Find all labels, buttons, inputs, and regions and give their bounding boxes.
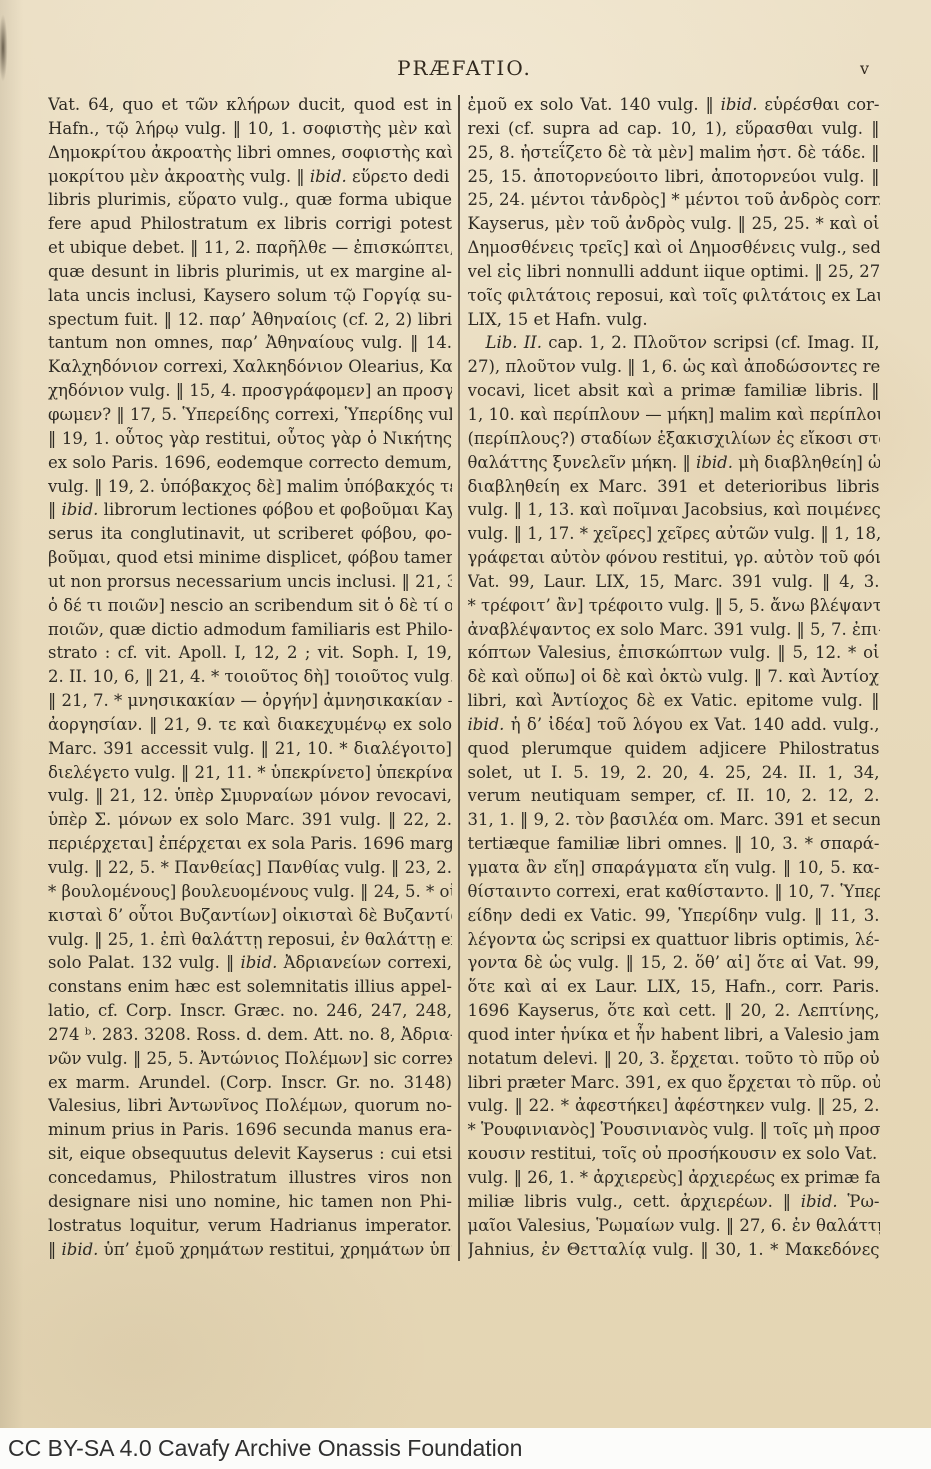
two-column-text: Vat. 64, quo et τῶν κλήρων ducit, quod e…: [48, 93, 881, 1261]
page-header: PRÆFATIO. v: [48, 56, 881, 82]
text-line: (περίπλους?) σταδίων ἑξακισχιλίων ἐς εἴκ…: [468, 427, 880, 451]
text-line: θίσταιντο correxi, erat καθίσταντο. ‖ 10…: [468, 880, 880, 904]
license-text: CC BY-SA 4.0 Cavafy Archive Onassis Foun…: [0, 1428, 931, 1469]
text-line: vulg. ‖ 22, 5. * Πανθείας] Πανθίας vulg.…: [48, 856, 452, 880]
text-line: γοντα δὲ ὡς vulg. ‖ 15, 2. ὅθ’ αἱ] ὅτε α…: [468, 951, 880, 975]
text-line: vel εἰς libri nonnulli addunt iique opti…: [468, 260, 880, 284]
text-line: θαλάττης ξυνελεῖν μήκη. ‖ ibid. μὴ διαβλ…: [468, 451, 880, 475]
text-line: Hafn., τῷ λήρῳ vulg. ‖ 10, 1. σοφιστὴς μ…: [48, 117, 452, 141]
text-line: τοῖς φιλτάτοις reposui, καὶ τοῖς φιλτάτο…: [468, 284, 880, 308]
text-line: βοῦμαι, quod etsi minime displicet, φόβο…: [48, 546, 452, 570]
text-line: 274 ᵇ. 283. 3208. Ross. d. dem. Att. no.…: [48, 1023, 452, 1047]
text-line: ἀοργησίαν. ‖ 21, 9. τε καὶ διακεχυμένῳ e…: [48, 713, 452, 737]
text-line: LIX, 15 et Hafn. vulg.: [468, 308, 880, 332]
text-line: λέγοντα ὡς scripsi ex quattuor libris op…: [468, 928, 880, 952]
text-line: tantum non omnes, παρ’ Ἀθηναίους vulg. ‖…: [48, 331, 452, 355]
page-number: v: [860, 59, 869, 78]
text-line: ἐμοῦ ex solo Vat. 140 vulg. ‖ ibid. εὑρέ…: [468, 93, 880, 117]
text-line: Jahnius, ἐν Θετταλίᾳ vulg. ‖ 30, 1. * Μα…: [468, 1238, 880, 1262]
text-line: vulg. ‖ 19, 2. ὑπόβακχος δὲ] malim ὑπόβα…: [48, 475, 452, 499]
text-line: ex solo Paris. 1696, eodemque correcto d…: [48, 451, 452, 475]
text-line: et ubique debet. ‖ 11, 2. παρῆλθε — ἐπισ…: [48, 236, 452, 260]
text-line: vocavi, licet absit καὶ a primæ familiæ …: [468, 379, 880, 403]
text-line: μοκρίτου μὲν ἀκροατὴς vulg. ‖ ibid. εὕρε…: [48, 165, 452, 189]
book-page-scan: PRÆFATIO. v Vat. 64, quo et τῶν κλήρων d…: [0, 0, 931, 1428]
text-line: μαῖοι Valesius, Ῥωμαίων vulg. ‖ 27, 6. ἐ…: [468, 1214, 880, 1238]
text-line: vulg. ‖ 21, 12. ὑπὲρ Σμυρναίων μόνον rev…: [48, 784, 452, 808]
text-line: ‖ 19, 1. οὗτος γὰρ restitui, οὗτος γὰρ ὁ…: [48, 427, 452, 451]
text-line: sit, eique obsequutus delevit Kayserus :…: [48, 1142, 452, 1166]
text-line: strato : cf. vit. Apoll. I, 12, 2 ; vit.…: [48, 641, 452, 665]
text-line: Δημοκρίτου ἀκροατὴς libri omnes, σοφιστὴ…: [48, 141, 452, 165]
text-line: vulg. ‖ 1, 13. καὶ ποῖμναι Jacobsius, κα…: [468, 498, 880, 522]
text-line: * βουλομένους] βουλευομένους vulg. ‖ 24,…: [48, 880, 452, 904]
text-line: libri præter Marc. 391, ex quo ἔρχεται τ…: [468, 1071, 880, 1095]
text-line: verum neutiquam semper, cf. II. 10, 2. 1…: [468, 784, 880, 808]
text-line: ‖ ibid. ὑπ’ ἐμοῦ χρημάτων restitui, χρημ…: [48, 1238, 452, 1262]
text-line: latio, cf. Corp. Inscr. Græc. no. 246, 2…: [48, 999, 452, 1023]
text-line: constans enim hæc est solemnitatis illiu…: [48, 975, 452, 999]
text-line: ‖ 21, 7. * μνησικακίαν — ὀργήν] ἀμνησικα…: [48, 689, 452, 713]
text-line: 25, 24. μέντοι τἀνδρὸς] * μέντοι τοῦ ἀνδ…: [468, 188, 880, 212]
text-line: κουσιν restitui, τοῖς οὐ προσήκουσιν ex …: [468, 1142, 880, 1166]
text-line: quod inter ἡνίκα et ἦν habent libri, a V…: [468, 1023, 880, 1047]
text-line: Marc. 391 accessit vulg. ‖ 21, 10. * δια…: [48, 737, 452, 761]
text-line: concedamus, Philostratum illustres viros…: [48, 1166, 452, 1190]
text-line: 25, 8. ἠστεΐζετο δὲ τὰ μὲν] malim ἠστ. δ…: [468, 141, 880, 165]
text-line: διελέγετο vulg. ‖ 21, 11. * ὑπεκρίνετο] …: [48, 761, 452, 785]
text-line: quod plerumque quidem adjicere Philostra…: [468, 737, 880, 761]
text-line: κόπτων Valesius, ἐπισκώπτων vulg. ‖ 5, 1…: [468, 641, 880, 665]
text-line: vulg. ‖ 22. * ἀφεστήκει] ἀφέστηκεν vulg.…: [468, 1094, 880, 1118]
text-line: minum prius in Paris. 1696 secunda manus…: [48, 1118, 452, 1142]
text-line: tertiæque familiæ libri omnes. ‖ 10, 3. …: [468, 832, 880, 856]
text-line: lata uncis inclusi, Kaysero solum τῷ Γορ…: [48, 284, 452, 308]
text-line: ὑπὲρ Σ. μόνων ex solo Marc. 391 vulg. ‖ …: [48, 808, 452, 832]
text-line: designare nisi uno nomine, hic tamen non…: [48, 1190, 452, 1214]
text-line: libris plurimis, εὕρατο vulg., quæ forma…: [48, 188, 452, 212]
text-line: vulg. ‖ 26, 1. * ἀρχιερεὺς] ἀρχιερέως ex…: [468, 1166, 880, 1190]
text-line: * τρέφοιτ’ ἂν] τρέφοιτο vulg. ‖ 5, 5. ἄν…: [468, 594, 880, 618]
text-line: * Ῥουφινιανὸς] Ῥουσινιανὸς vulg. ‖ τοῖς …: [468, 1118, 880, 1142]
text-line: γράφεται αὐτὸν φόνου restitui, γρ. αὐτὸν…: [468, 546, 880, 570]
text-line: 1696 Kayserus, ὅτε καὶ cett. ‖ 20, 2. Λε…: [468, 999, 880, 1023]
text-line: γματα ἂν εἴη] σπαράγματα εἴη vulg. ‖ 10,…: [468, 856, 880, 880]
text-line: libri, καὶ Ἀντίοχος δὲ ex Vatic. epitome…: [468, 689, 880, 713]
column-divider-rule: [458, 95, 460, 1261]
text-line: Vat. 64, quo et τῶν κλήρων ducit, quod e…: [48, 93, 452, 117]
text-line: χηδόνιον vulg. ‖ 15, 4. προσγράφομεν] an…: [48, 379, 452, 403]
text-line: Kayserus, μὲν τοῦ ἀνδρὸς vulg. ‖ 25, 25.…: [468, 212, 880, 236]
text-line: είδην dedi ex Vatic. 99, Ὑπερίδην vulg. …: [468, 904, 880, 928]
text-line: vulg. ‖ 1, 17. * χεῖρες] χεῖρες αὐτῶν vu…: [468, 522, 880, 546]
text-line: νῶν vulg. ‖ 25, 5. Ἀντώνιος Πολέμων] sic…: [48, 1047, 452, 1071]
text-line: 27), πλοῦτον vulg. ‖ 1, 6. ὡς καὶ ἀποδώσ…: [468, 355, 880, 379]
text-line: 25, 15. ἀποτορνεύοιτο libri, ἀποτορνεύοι…: [468, 165, 880, 189]
text-line: ut non prorsus necessarium uncis inclusi…: [48, 570, 452, 594]
text-line: fere apud Philostratum ex libris corrigi…: [48, 212, 452, 236]
page-title: PRÆFATIO.: [48, 56, 881, 80]
text-line: Valesius, libri Ἀντωνῖνος Πολέμων, quoru…: [48, 1094, 452, 1118]
text-line: ἀναβλέψαντος ex solo Marc. 391 vulg. ‖ 5…: [468, 618, 880, 642]
text-line: lostratus loquitur, verum Hadrianus impe…: [48, 1214, 452, 1238]
column-left: Vat. 64, quo et τῶν κλήρων ducit, quod e…: [48, 93, 452, 1261]
text-line: ibid. ἡ δ’ ἰδέα] τοῦ λόγου ex Vat. 140 a…: [468, 713, 880, 737]
text-line: solo Palat. 132 vulg. ‖ ibid. Ἀδριανείων…: [48, 951, 452, 975]
text-line: serus ita conglutinavit, ut scriberet φό…: [48, 522, 452, 546]
text-line: Δημοσθένεις τρεῖς] καὶ οἱ Δημοσθένεις vu…: [468, 236, 880, 260]
text-line: solet, ut I. 5. 19, 2. 20, 4. 25, 24. II…: [468, 761, 880, 785]
text-line: ποιῶν, quæ dictio admodum familiaris est…: [48, 618, 452, 642]
text-line: ὅτε καὶ αἱ ex Laur. LIX, 15, Hafn., corr…: [468, 975, 880, 999]
text-line: περιέρχεται] ἐπέρχεται ex sola Paris. 16…: [48, 832, 452, 856]
text-line: notatum delevi. ‖ 20, 3. ἔρχεται. τοῦτο …: [468, 1047, 880, 1071]
text-line: κισταὶ δ’ οὗτοι Βυζαντίων] οἰκισταὶ δὲ Β…: [48, 904, 452, 928]
license-bar: CC BY-SA 4.0 Cavafy Archive Onassis Foun…: [0, 1428, 931, 1469]
text-line: spectum fuit. ‖ 12. παρ’ Ἀθηναίοις (cf. …: [48, 308, 452, 332]
text-line: Vat. 99, Laur. LIX, 15, Marc. 391 vulg. …: [468, 570, 880, 594]
column-right: ἐμοῦ ex solo Vat. 140 vulg. ‖ ibid. εὑρέ…: [468, 93, 880, 1261]
text-line: Καλχηδόνιον correxi, Χαλκηδόνιον Oleariu…: [48, 355, 452, 379]
text-line: 31, 1. ‖ 9, 2. τὸν βασιλέα om. Marc. 391…: [468, 808, 880, 832]
text-line: quæ desunt in libris plurimis, ut ex mar…: [48, 260, 452, 284]
text-line: Lib. II. cap. 1, 2. Πλοῦτον scripsi (cf.…: [468, 331, 880, 355]
text-line: rexi (cf. supra ad cap. 10, 1), εὕρασθαι…: [468, 117, 880, 141]
text-line: φωμεν? ‖ 17, 5. Ὑπερείδης correxi, Ὑπερί…: [48, 403, 452, 427]
text-line: ὁ δέ τι ποιῶν] nescio an scribendum sit …: [48, 594, 452, 618]
text-line: vulg. ‖ 25, 1. ἐπὶ θαλάττῃ reposui, ἐν θ…: [48, 928, 452, 952]
text-line: δὲ καὶ οὔπω] οἱ δὲ καὶ ὀκτὼ vulg. ‖ 7. κ…: [468, 665, 880, 689]
text-line: ex marm. Arundel. (Corp. Inscr. Gr. no. …: [48, 1071, 452, 1095]
text-line: 2. II. 10, 6, ‖ 21, 4. * τοιοῦτος δὴ] το…: [48, 665, 452, 689]
text-line: ‖ ibid. librorum lectiones φόβου et φοβο…: [48, 498, 452, 522]
text-line: miliæ libris vulg., cett. ἀρχιερέων. ‖ i…: [468, 1190, 880, 1214]
text-line: 1, 10. καὶ περίπλουν — μήκη] malim καὶ π…: [468, 403, 880, 427]
text-line: διαβληθείη ex Marc. 391 et deterioribus …: [468, 475, 880, 499]
